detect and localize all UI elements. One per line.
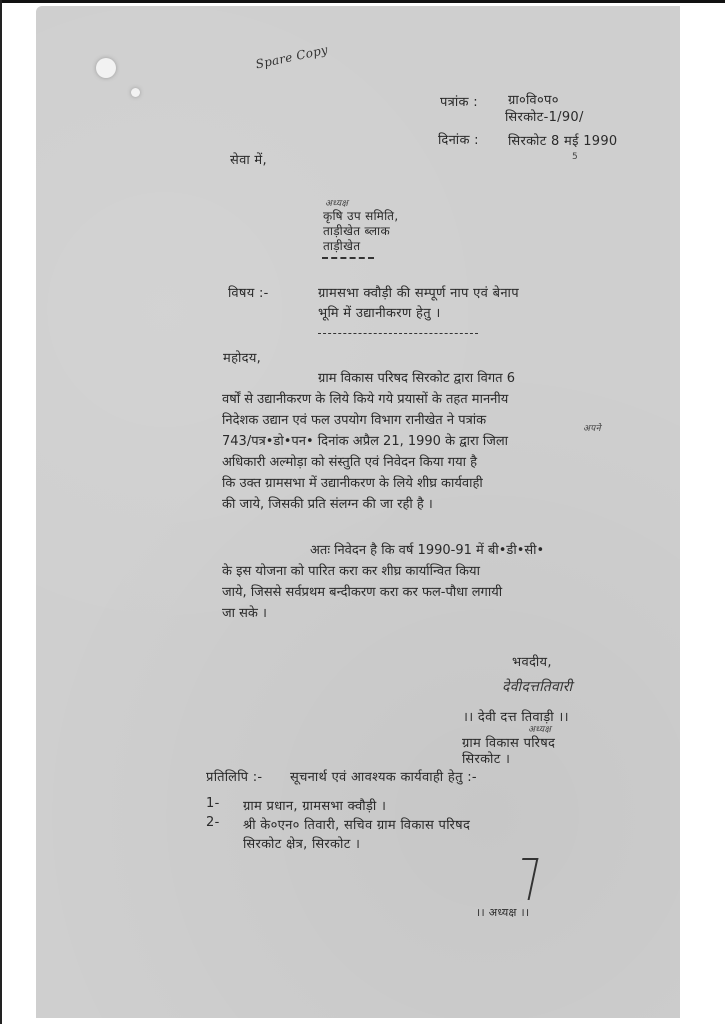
body-line: निदेशक उद्यान एवं फल उपयोग विभाग रानीखेत… <box>222 410 486 432</box>
subject-label: विषय :- <box>228 283 269 301</box>
body-line: की जाये, जिसकी प्रति संलग्न की जा रही है… <box>222 494 433 516</box>
copy-item-text: श्री के०एन० तिवारी, सचिव ग्राम विकास परि… <box>243 815 470 833</box>
copy-item-text: ग्राम प्रधान, ग्रामसभा क्वौड़ी । <box>243 796 386 814</box>
paper-stain <box>131 88 140 97</box>
subject-line2: भूमि में उद्यानीकरण हेतु । <box>318 303 441 321</box>
copy-to-label: प्रतिलिपि :- <box>206 767 262 785</box>
body-line: 743/पत्र•डो•पन• दिनांक अप्रैल 21, 1990 क… <box>222 431 508 453</box>
signature: देवीदत्ततिवारी <box>502 677 572 696</box>
page-mark: 5 <box>572 152 578 162</box>
copy-item-text: सिरकोट क्षेत्र, सिरकोट । <box>243 834 360 852</box>
date-value: सिरकोट 8 मई 1990 <box>508 131 617 149</box>
addressee-underline <box>322 257 374 259</box>
ref-value-line1: ग्रा०वि०प० <box>508 90 559 108</box>
body-line: के इस योजना को पारित करा कर शीघ्र कार्या… <box>222 561 480 583</box>
body-line: वर्षों से उद्यानीकरण के लिये किये गये प्… <box>222 389 508 411</box>
paper-stain <box>96 58 116 78</box>
body-line: अधिकारी अल्मोड़ा को संस्तुति एवं निवेदन … <box>222 452 477 474</box>
addressee-line: ताड़ीखेत <box>323 237 360 254</box>
copy-item-num: 1- <box>206 796 220 811</box>
body-line: अतः निवेदन है कि वर्ष 1990-91 में बी•डी•… <box>310 540 544 562</box>
body-line: जाये, जिससे सर्वप्रथम बन्दीकरण करा कर फल… <box>222 582 502 604</box>
subject-underline <box>318 333 478 334</box>
body-insertion: अपने <box>583 421 601 434</box>
body-line: कि उक्त ग्रामसभा में उद्यानीकरण के लिये … <box>222 473 483 495</box>
ref-value-line2: सिरकोट-1/90/ <box>505 107 584 125</box>
date-label: दिनांक : <box>438 130 479 148</box>
scan-left-border <box>0 0 2 1024</box>
copy-to-purpose: सूचनार्थ एवं आवश्यक कार्यवाही हेतु :- <box>290 767 477 785</box>
signatory-name: ।। देवी दत्त तिवाड़ी ।। <box>463 707 569 725</box>
body-line: ग्राम विकास परिषद सिरकोट द्वारा विगत 6 <box>318 368 515 390</box>
salutation-to: सेवा में, <box>230 150 267 168</box>
org-line2: सिरकोट । <box>462 749 510 767</box>
subject-line1: ग्रामसभा क्वौड़ी की सम्पूर्ण नाप एवं बेन… <box>318 283 519 301</box>
scan-top-border <box>0 0 725 3</box>
body-line: जा सके । <box>222 603 267 625</box>
copy-item-num: 2- <box>206 815 220 830</box>
footer-president: ।। अध्यक्ष ।। <box>476 905 529 920</box>
greeting: महोदय, <box>223 348 261 366</box>
ref-label: पत्रांक : <box>440 92 478 110</box>
closing-yours: भवदीय, <box>512 652 552 670</box>
